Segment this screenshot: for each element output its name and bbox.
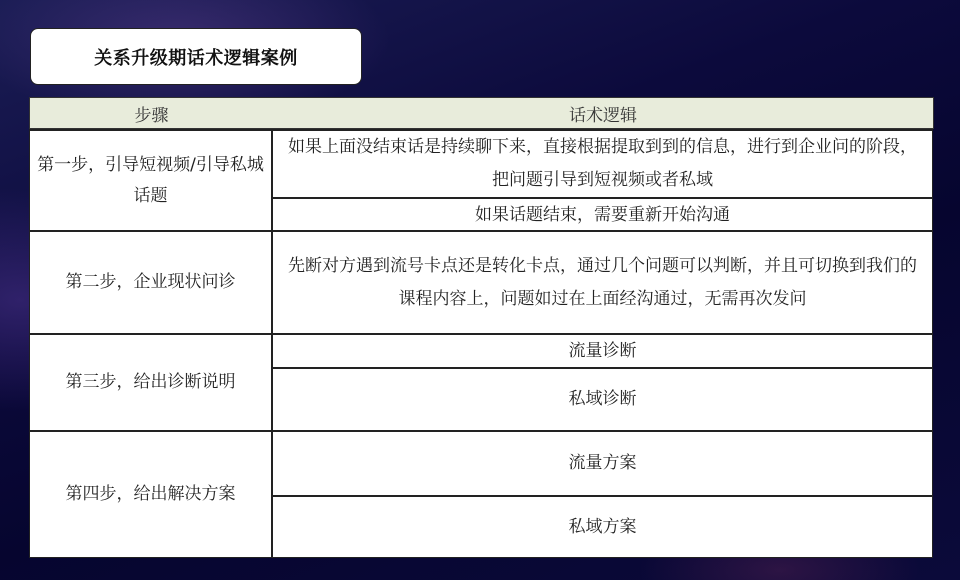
header-step: 步骤 bbox=[30, 98, 273, 128]
logic-item: 如果上面没结束话是持续聊下来，直接根据提取到到的信息，进行到企业问的阶段，把问题… bbox=[273, 131, 932, 197]
table-row: 第一步，引导短视频/引导私城话题 如果上面没结束话是持续聊下来，直接根据提取到到… bbox=[30, 129, 932, 230]
step-cell: 第一步，引导短视频/引导私城话题 bbox=[30, 131, 273, 230]
step-cell: 第二步，企业现状问诊 bbox=[30, 232, 273, 333]
table-row: 第三步，给出诊断说明 流量诊断 私域诊断 bbox=[30, 333, 932, 430]
logic-item: 流量方案 bbox=[273, 432, 932, 495]
table-row: 第二步，企业现状问诊 先断对方遇到流号卡点还是转化卡点，通过几个问题可以判断，并… bbox=[30, 230, 932, 333]
table-header-row: 步骤 话术逻辑 bbox=[29, 97, 934, 129]
logic-item: 私域方案 bbox=[273, 495, 932, 557]
table-body: 第一步，引导短视频/引导私城话题 如果上面没结束话是持续聊下来，直接根据提取到到… bbox=[29, 129, 933, 558]
script-logic-table: 步骤 话术逻辑 第一步，引导短视频/引导私城话题 如果上面没结束话是持续聊下来，… bbox=[29, 97, 934, 558]
logic-item: 先断对方遇到流号卡点还是转化卡点，通过几个问题可以判断，并且可切换到我们的课程内… bbox=[273, 232, 932, 333]
logic-item: 如果话题结束，需要重新开始沟通 bbox=[273, 197, 932, 232]
logic-cell: 先断对方遇到流号卡点还是转化卡点，通过几个问题可以判断，并且可切换到我们的课程内… bbox=[273, 232, 932, 333]
table-row: 第四步，给出解决方案 流量方案 私域方案 bbox=[30, 430, 932, 557]
step-cell: 第四步，给出解决方案 bbox=[30, 432, 273, 557]
step-cell: 第三步，给出诊断说明 bbox=[30, 335, 273, 430]
page-title: 关系升级期话术逻辑案例 bbox=[30, 28, 362, 85]
logic-item: 私域诊断 bbox=[273, 367, 932, 430]
header-logic: 话术逻辑 bbox=[273, 98, 933, 128]
logic-cell: 如果上面没结束话是持续聊下来，直接根据提取到到的信息，进行到企业问的阶段，把问题… bbox=[273, 131, 932, 230]
logic-cell: 流量诊断 私域诊断 bbox=[273, 335, 932, 430]
logic-item: 流量诊断 bbox=[273, 335, 932, 367]
logic-cell: 流量方案 私域方案 bbox=[273, 432, 932, 557]
